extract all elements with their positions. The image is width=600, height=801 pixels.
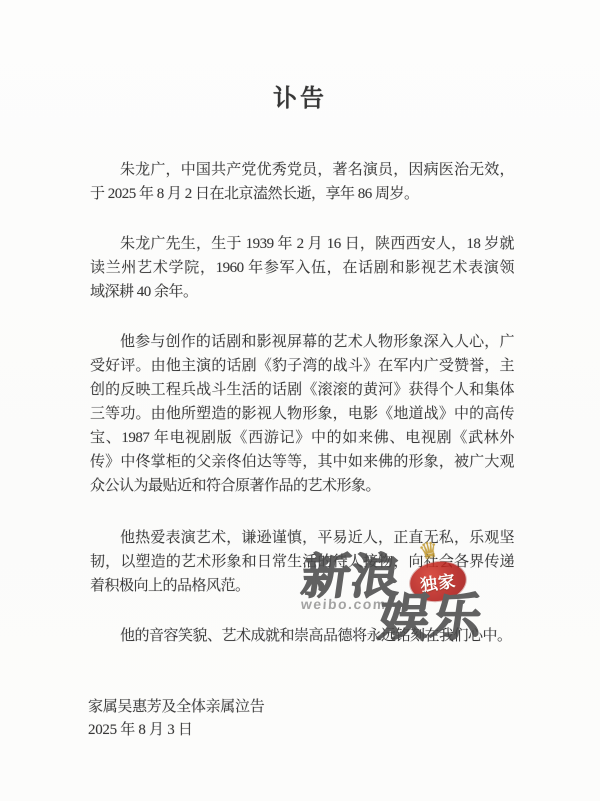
watermark-brand-bottom: 娱乐 bbox=[375, 592, 486, 643]
crown-icon: ♛ bbox=[417, 538, 441, 564]
obituary-photo-page: 讣告 朱龙广，中国共产党优秀党员，著名演员，因病医治无效， 于 2025 年 8… bbox=[0, 0, 600, 801]
sina-entertainment-watermark: 新浪 ♛ 独家 weibo.com 娱乐 bbox=[0, 0, 600, 801]
weibo-domain-text: weibo.com bbox=[300, 596, 387, 612]
